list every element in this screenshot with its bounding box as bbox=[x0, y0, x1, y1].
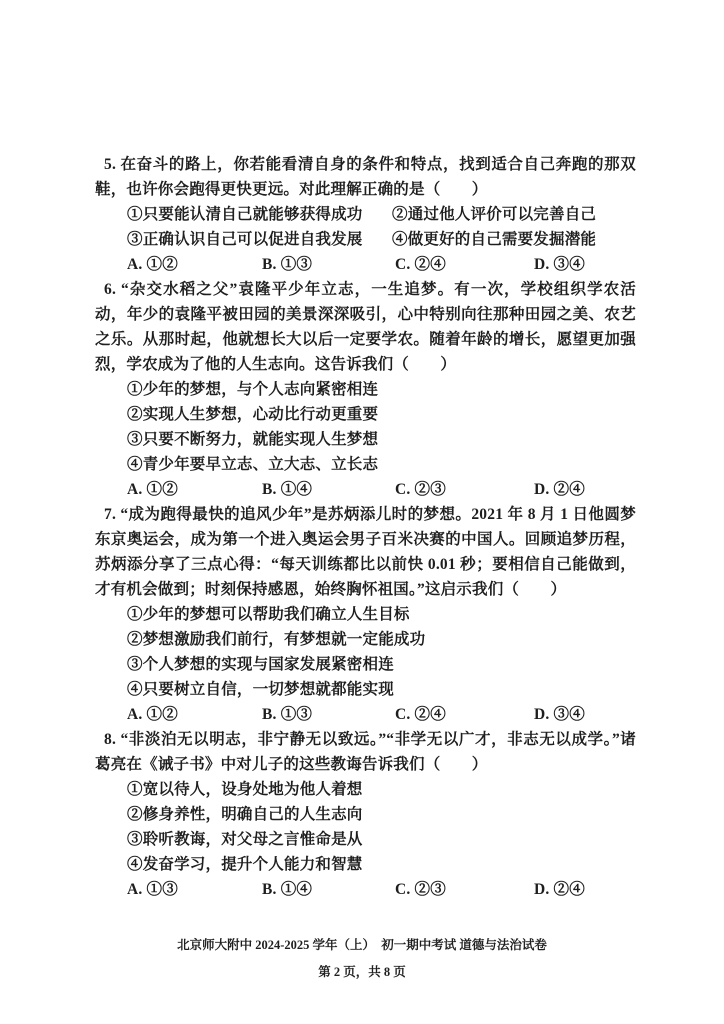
exam-page-content: 5. 在奋斗的路上，你若能看清自身的条件和特点，找到适合自己奔跑的那双鞋，也许你… bbox=[95, 152, 636, 902]
question-stem: 7. “成为跑得最快的追风少年”是苏炳添儿时的梦想。2021 年 8 月 1 日… bbox=[95, 502, 636, 602]
answer-choice-a: A. ①③ bbox=[127, 877, 262, 902]
answer-choice-d: D. ③④ bbox=[534, 252, 636, 277]
option-item: ①少年的梦想，与个人志向紧密相连 bbox=[127, 377, 636, 402]
answer-choice-d: D. ②④ bbox=[534, 877, 636, 902]
answer-choice-b: B. ①④ bbox=[262, 877, 395, 902]
option-item: ①宽以待人，设身处地为他人着想 bbox=[127, 777, 636, 802]
footer-exam-title: 北京师大附中 2024-2025 学年（上） 初一期中考试 道德与法治试卷 bbox=[0, 932, 724, 959]
answer-choice-c: C. ②④ bbox=[395, 252, 534, 277]
option-item: ④青少年要早立志、立大志、立长志 bbox=[127, 452, 636, 477]
answer-choice-c: C. ②④ bbox=[395, 702, 534, 727]
question-stem: 5. 在奋斗的路上，你若能看清自身的条件和特点，找到适合自己奔跑的那双鞋，也许你… bbox=[95, 152, 636, 202]
option-item: ①少年的梦想可以帮助我们确立人生目标 bbox=[127, 602, 636, 627]
question-options: ①少年的梦想，与个人志向紧密相连 ②实现人生梦想，心动比行动更重要 ③只要不断努… bbox=[95, 377, 636, 477]
option-item: ①只要能认清自己就能够获得成功 bbox=[127, 202, 392, 227]
answer-choice-d: D. ②④ bbox=[534, 477, 636, 502]
question-7: 7. “成为跑得最快的追风少年”是苏炳添儿时的梦想。2021 年 8 月 1 日… bbox=[95, 502, 636, 727]
question-8: 8. “非淡泊无以明志，非宁静无以致远。”“非学无以广才，非志无以成学。”诸葛亮… bbox=[95, 727, 636, 902]
option-item: ②实现人生梦想，心动比行动更重要 bbox=[127, 402, 636, 427]
option-item: ③正确认识自己可以促进自我发展 bbox=[127, 227, 392, 252]
question-options: ①宽以待人，设身处地为他人着想 ②修身养性，明确自己的人生志向 ③聆听教诲，对父… bbox=[95, 777, 636, 877]
answer-choices: A. ①② B. ①③ C. ②④ D. ③④ bbox=[95, 702, 636, 727]
question-stem: 8. “非淡泊无以明志，非宁静无以致远。”“非学无以广才，非志无以成学。”诸葛亮… bbox=[95, 727, 636, 777]
answer-choice-a: A. ①② bbox=[127, 477, 262, 502]
answer-choices: A. ①③ B. ①④ C. ②③ D. ②④ bbox=[95, 877, 636, 902]
option-item: ④发奋学习，提升个人能力和智慧 bbox=[127, 852, 636, 877]
question-6: 6. “杂交水稻之父”袁隆平少年立志，一生追梦。有一次，学校组织学农活动，年少的… bbox=[95, 277, 636, 502]
question-options: ①少年的梦想可以帮助我们确立人生目标 ②梦想激励我们前行，有梦想就一定能成功 ③… bbox=[95, 602, 636, 702]
answer-choices: A. ①② B. ①④ C. ②③ D. ②④ bbox=[95, 477, 636, 502]
answer-choice-b: B. ①③ bbox=[262, 702, 395, 727]
answer-choice-c: C. ②③ bbox=[395, 877, 534, 902]
option-item: ③聆听教诲，对父母之言惟命是从 bbox=[127, 827, 636, 852]
option-item: ②修身养性，明确自己的人生志向 bbox=[127, 802, 636, 827]
footer-page-number: 第 2 页，共 8 页 bbox=[0, 959, 724, 986]
answer-choice-d: D. ③④ bbox=[534, 702, 636, 727]
answer-choice-b: B. ①④ bbox=[262, 477, 395, 502]
question-stem: 6. “杂交水稻之父”袁隆平少年立志，一生追梦。有一次，学校组织学农活动，年少的… bbox=[95, 277, 636, 377]
option-item: ③只要不断努力，就能实现人生梦想 bbox=[127, 427, 636, 452]
answer-choice-a: A. ①② bbox=[127, 702, 262, 727]
option-item: ④只要树立自信，一切梦想就都能实现 bbox=[127, 677, 636, 702]
option-item: ②梦想激励我们前行，有梦想就一定能成功 bbox=[127, 627, 636, 652]
question-5: 5. 在奋斗的路上，你若能看清自身的条件和特点，找到适合自己奔跑的那双鞋，也许你… bbox=[95, 152, 636, 277]
page-footer: 北京师大附中 2024-2025 学年（上） 初一期中考试 道德与法治试卷 第 … bbox=[0, 932, 724, 986]
question-options: ①只要能认清自己就能够获得成功 ②通过他人评价可以完善自己 ③正确认识自己可以促… bbox=[95, 202, 636, 252]
option-item: ③个人梦想的实现与国家发展紧密相连 bbox=[127, 652, 636, 677]
answer-choice-a: A. ①② bbox=[127, 252, 262, 277]
answer-choices: A. ①② B. ①③ C. ②④ D. ③④ bbox=[95, 252, 636, 277]
option-item: ②通过他人评价可以完善自己 bbox=[392, 202, 636, 227]
answer-choice-b: B. ①③ bbox=[262, 252, 395, 277]
answer-choice-c: C. ②③ bbox=[395, 477, 534, 502]
option-item: ④做更好的自己需要发掘潜能 bbox=[392, 227, 636, 252]
